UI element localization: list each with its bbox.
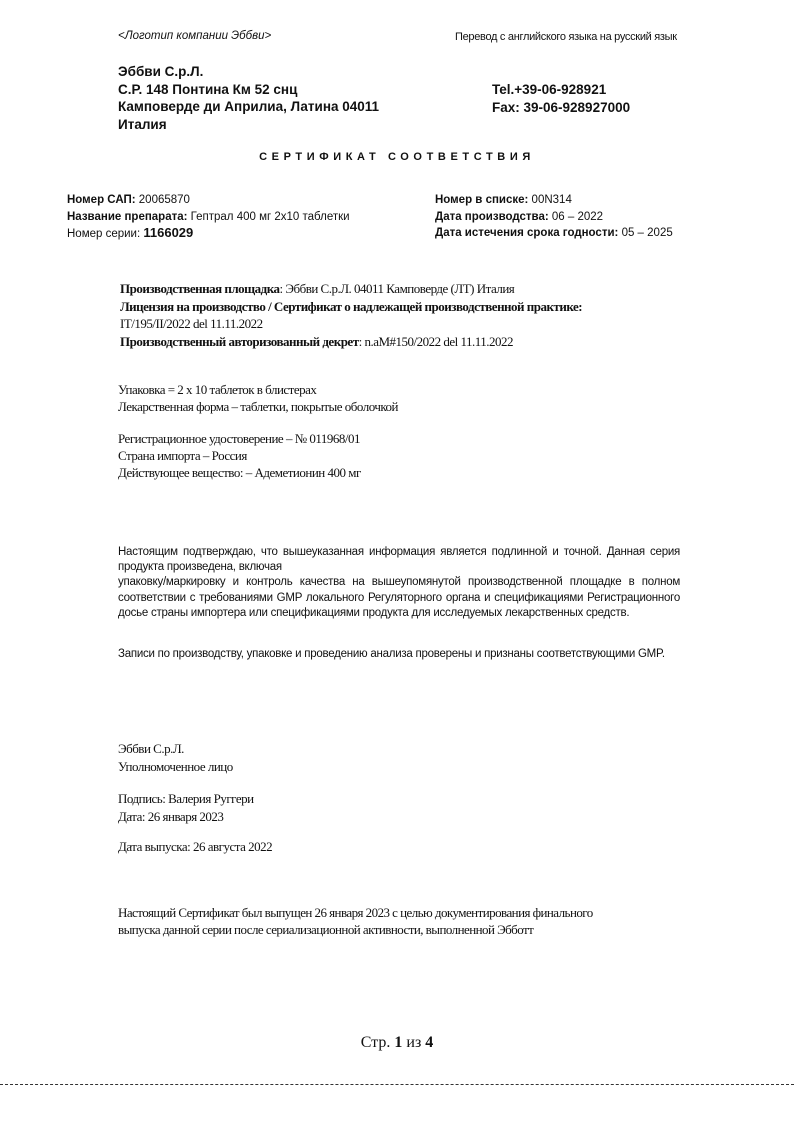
site-row: Производственная площадка: Эббви С.р.Л. … (120, 280, 582, 298)
certification-rest: упаковку/маркировку и контроль качества … (118, 575, 680, 621)
batch-number-value: 1166029 (143, 225, 193, 240)
packaging-block: Упаковка = 2 x 10 таблеток в блистерах Л… (118, 382, 398, 415)
signer-role: Уполномоченное лицо (118, 758, 233, 776)
translation-note: Перевод с английского языка на русский я… (455, 31, 677, 43)
license-label: Лицензия на производство / Сертификат о … (120, 299, 582, 314)
manufacture-date-label: Дата производства: (435, 211, 549, 223)
expiry-date-label: Дата истечения срока годности: (435, 227, 618, 239)
license-row: Лицензия на производство / Сертификат о … (120, 298, 582, 316)
registration-certificate: Регистрационное удостоверение – № 011968… (118, 430, 361, 447)
product-name-label: Название препарата: (67, 211, 187, 223)
signature-name: Подпись: Валерия Руггери (118, 790, 254, 808)
signature-date: Дата: 26 января 2023 (118, 808, 254, 826)
document-title: СЕРТИФИКАТ СООТВЕТСТВИЯ (0, 151, 794, 163)
expiry-date-value: 05 – 2025 (618, 227, 672, 239)
site-label: Производственная площадка (120, 281, 280, 296)
active-substance: Действующее вещество: – Адеметионин 400 … (118, 464, 361, 481)
final-note-line1: Настоящий Сертификат был выпущен 26 янва… (118, 905, 593, 922)
site-value: : Эббви С.р.Л. 04011 Камповерде (ЛТ) Ита… (280, 281, 515, 296)
company-country: Италия (118, 116, 379, 134)
logo-placeholder: <Логотип компании Эббви> (118, 30, 271, 42)
license-value: IT/195/II/2022 del 11.11.2022 (120, 315, 582, 333)
product-info-right: Номер в списке: 00N314 Дата производства… (435, 192, 673, 242)
registration-block: Регистрационное удостоверение – № 011968… (118, 430, 361, 481)
sap-number-value: 20065870 (136, 194, 190, 206)
manufacture-date-row: Дата производства: 06 – 2022 (435, 209, 673, 226)
final-note-line2: выпуска данной серии после сериализацион… (118, 922, 593, 939)
page-break-line (0, 1084, 794, 1085)
company-address-block: Эббви С.р.Л. С.Р. 148 Понтина Км 52 снц … (118, 63, 379, 133)
manufacturing-site-block: Производственная площадка: Эббви С.р.Л. … (120, 280, 582, 350)
certification-line1: Настоящим подтверждаю, что вышеуказанная… (118, 545, 680, 575)
list-number-row: Номер в списке: 00N314 (435, 192, 673, 209)
decree-value: : n.aM#150/2022 del 11.11.2022 (359, 334, 513, 349)
list-number-label: Номер в списке: (435, 194, 528, 206)
import-country: Страна импорта – Россия (118, 447, 361, 464)
page-number: Стр. 1 из 4 (0, 1034, 794, 1052)
decree-row: Производственный авторизованный декрет: … (120, 333, 582, 351)
company-address-line2: Камповерде ди Априлиа, Латина 04011 (118, 98, 379, 116)
product-name-value: Гептрал 400 мг 2x10 таблетки (187, 211, 349, 223)
final-note: Настоящий Сертификат был выпущен 26 янва… (118, 905, 593, 938)
sap-number-label: Номер САП: (67, 194, 136, 206)
contact-block: Tel.+39-06-928921 Fax: 39-06-928927000 (492, 81, 630, 116)
manufacture-date-value: 06 – 2022 (549, 211, 603, 223)
batch-number-row: Номер серии: 1166029 (67, 225, 350, 243)
company-tel: Tel.+39-06-928921 (492, 81, 630, 99)
release-date: Дата выпуска: 26 августа 2022 (118, 839, 272, 855)
signer-block: Эббви С.р.Л. Уполномоченное лицо (118, 740, 233, 775)
company-address-line1: С.Р. 148 Понтина Км 52 снц (118, 81, 379, 99)
company-name: Эббви С.р.Л. (118, 63, 379, 81)
batch-number-label: Номер серии: (67, 228, 143, 240)
decree-label: Производственный авторизованный декрет (120, 334, 359, 349)
product-info-left: Номер САП: 20065870 Название препарата: … (67, 192, 350, 243)
signer-company: Эббви С.р.Л. (118, 740, 233, 758)
sap-number-row: Номер САП: 20065870 (67, 192, 350, 209)
page-middle: из (402, 1034, 425, 1051)
records-statement: Записи по производству, упаковке и прове… (118, 647, 680, 662)
packaging-text: Упаковка = 2 x 10 таблеток в блистерах (118, 382, 398, 399)
certification-statement: Настоящим подтверждаю, что вышеуказанная… (118, 545, 680, 621)
list-number-value: 00N314 (528, 194, 571, 206)
dosage-form-text: Лекарственная форма – таблетки, покрытые… (118, 399, 398, 416)
company-fax: Fax: 39-06-928927000 (492, 99, 630, 117)
page-prefix: Стр. (361, 1034, 395, 1051)
signature-block: Подпись: Валерия Руггери Дата: 26 января… (118, 790, 254, 825)
expiry-date-row: Дата истечения срока годности: 05 – 2025 (435, 225, 673, 242)
product-name-row: Название препарата: Гептрал 400 мг 2x10 … (67, 209, 350, 226)
page-total: 4 (425, 1034, 433, 1051)
